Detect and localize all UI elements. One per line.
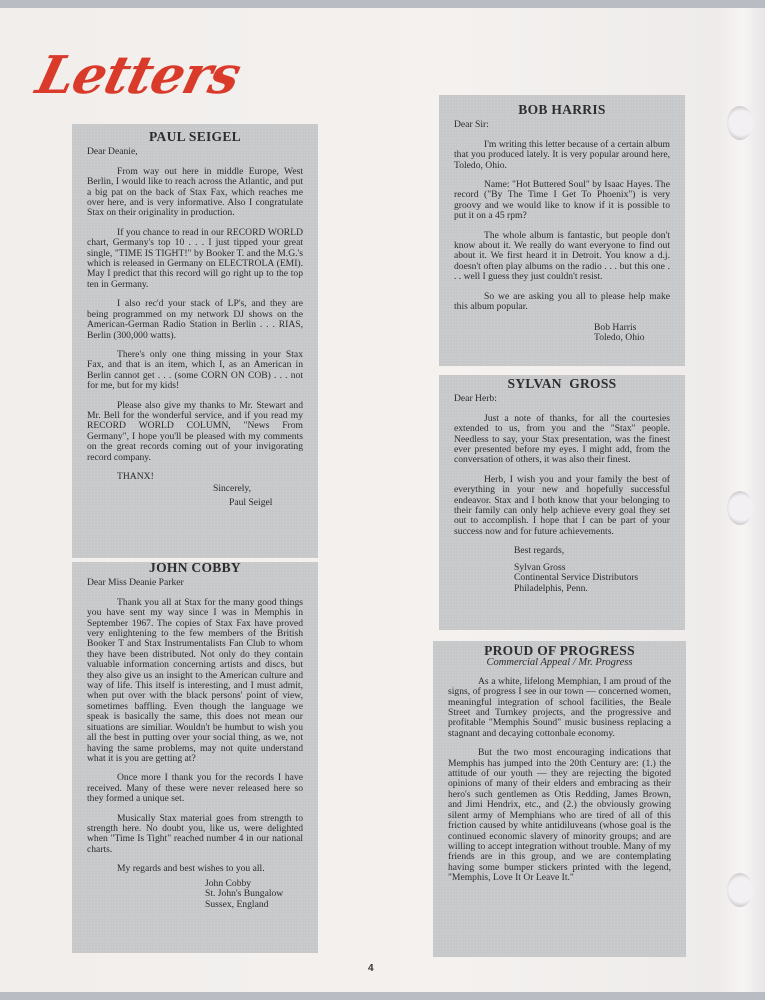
letter-paragraph: I'm writing this letter because of a cer… bbox=[454, 140, 670, 171]
letter-salutation: Dear Sir: bbox=[454, 120, 670, 130]
letter-paragraph: If you chance to read in our RECORD WORL… bbox=[87, 228, 303, 290]
letter-signature: Philadelphis, Penn. bbox=[514, 584, 670, 595]
letter-heading: JOHN COBBY bbox=[87, 563, 303, 573]
letter-paragraph: Once more I thank you for the records I … bbox=[87, 773, 303, 804]
letter-signature: Paul Seigel bbox=[87, 498, 303, 509]
letter-signature: Sussex, England bbox=[205, 900, 303, 911]
letter-paragraph: But the two most encouraging indications… bbox=[448, 748, 671, 883]
letter-paragraph: Thank you all at Stax for the many good … bbox=[87, 598, 303, 765]
binder-hole-icon bbox=[727, 873, 753, 907]
letter-subheading: Commercial Appeal / Mr. Progress bbox=[448, 658, 671, 668]
letter-paragraph: Musically Stax material goes from streng… bbox=[87, 814, 303, 856]
letter-paragraph: The whole album is fantastic, but people… bbox=[454, 231, 670, 283]
letter-proud-of-progress: PROUD OF PROGRESS Commercial Appeal / Mr… bbox=[433, 641, 686, 957]
letter-paragraph: I also rec'd your stack of LP's, and the… bbox=[87, 299, 303, 341]
page-number: 4 bbox=[368, 963, 374, 974]
letter-salutation: Dear Deanie, bbox=[87, 147, 303, 157]
page-title: Letters bbox=[32, 50, 245, 102]
binder-hole-icon bbox=[727, 491, 753, 525]
letter-paragraph: As a white, lifelong Memphian, I am prou… bbox=[448, 677, 671, 739]
letter-closing: Sincerely, bbox=[87, 484, 303, 494]
letter-paragraph: Name: "Hot Buttered Soul" by Isaac Hayes… bbox=[454, 180, 670, 222]
letter-paragraph: From way out here in middle Europe, West… bbox=[87, 167, 303, 219]
letter-signature: Toledo, Ohio bbox=[594, 333, 670, 344]
letter-heading: BOB HARRIS bbox=[454, 105, 670, 115]
letter-paragraph: There's only one thing missing in your S… bbox=[87, 350, 303, 392]
letter-heading: PROUD OF PROGRESS bbox=[448, 646, 671, 656]
letter-john-cobby: JOHN COBBY Dear Miss Deanie Parker Thank… bbox=[72, 562, 318, 953]
letter-paragraph: My regards and best wishes to you all. bbox=[87, 864, 303, 874]
letter-salutation: Dear Miss Deanie Parker bbox=[87, 578, 303, 588]
letter-closing: Best regards, bbox=[514, 546, 670, 556]
letter-paragraph: Just a note of thanks, for all the court… bbox=[454, 414, 670, 466]
letter-heading: PAUL SEIGEL bbox=[87, 132, 303, 142]
magazine-page: Letters PAUL SEIGEL Dear Deanie, From wa… bbox=[0, 8, 765, 992]
letter-paragraph: Please also give my thanks to Mr. Stewar… bbox=[87, 401, 303, 463]
letter-sylvan-gross: SYLVAN GROSS Dear Herb: Just a note of t… bbox=[439, 375, 685, 630]
letter-salutation: Dear Herb: bbox=[454, 394, 670, 404]
binder-hole-icon bbox=[727, 106, 753, 140]
letter-bob-harris: BOB HARRIS Dear Sir: I'm writing this le… bbox=[439, 95, 685, 366]
letter-heading: SYLVAN GROSS bbox=[454, 379, 670, 389]
letter-paul-seigel: PAUL SEIGEL Dear Deanie, From way out he… bbox=[72, 124, 318, 558]
letter-paragraph: So we are asking you all to please help … bbox=[454, 292, 670, 313]
letter-paragraph: THANX! bbox=[87, 472, 303, 482]
letter-paragraph: Herb, I wish you and your family the bes… bbox=[454, 475, 670, 537]
